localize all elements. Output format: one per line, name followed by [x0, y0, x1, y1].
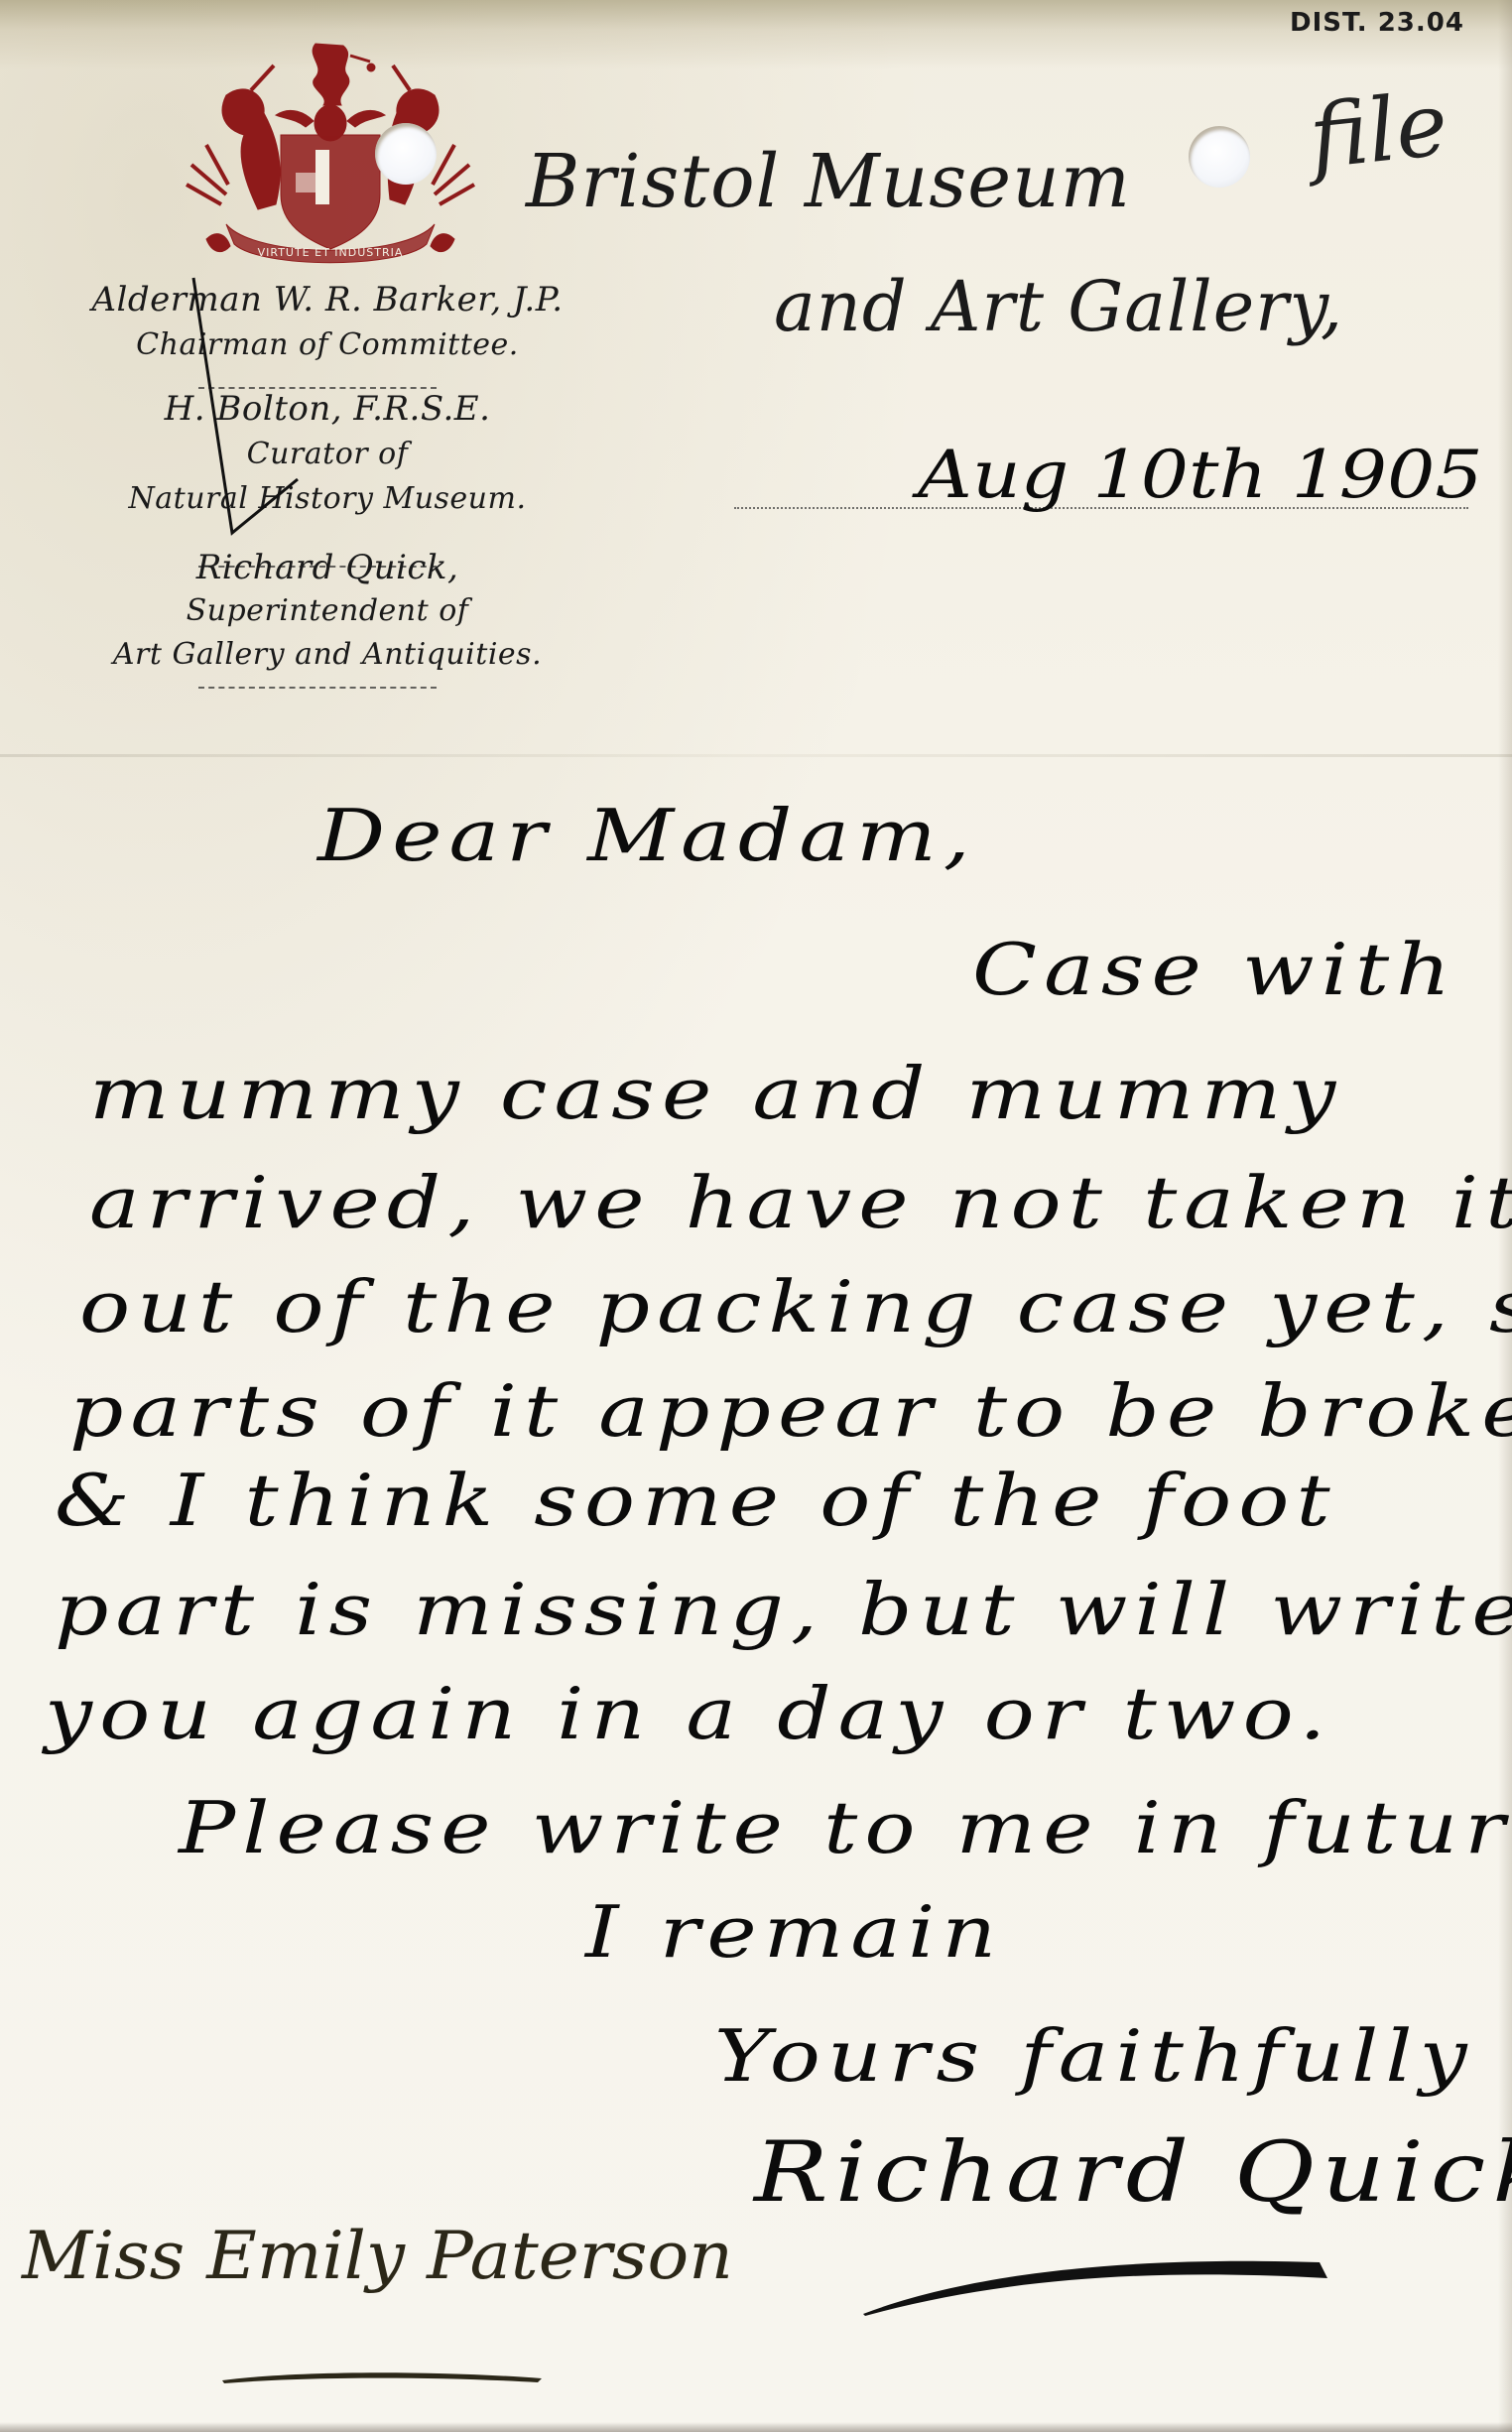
closing-line: I remain — [585, 1890, 1003, 1974]
addressee-underline — [218, 2367, 546, 2386]
officer-name: Richard Quick, — [40, 548, 615, 587]
letter-page: DIST. 23.04 file — [0, 0, 1512, 2432]
signature: Richard Quick. — [754, 2123, 1512, 2221]
signature-flourish — [853, 2252, 1349, 2322]
letterhead-divider — [198, 687, 437, 689]
body-line: & I think some of the foot — [55, 1459, 1337, 1542]
archive-reference: DIST. 23.04 — [1290, 8, 1464, 38]
addressee: Miss Emily Paterson — [22, 2218, 733, 2294]
institution-title-line1: Bristol Museum — [526, 139, 1131, 224]
officer-role-line2: Art Gallery and Antiquities. — [40, 637, 615, 672]
institution-title-line2: and Art Gallery, — [774, 266, 1343, 347]
crest-motto: VIRTUTE ET INDUSTRIA — [258, 246, 404, 259]
punch-hole-right — [1189, 126, 1250, 188]
body-line: arrived, we have not taken it — [89, 1161, 1512, 1244]
salutation: Dear Madam, — [317, 794, 977, 877]
body-line: part is missing, but will write — [55, 1568, 1512, 1651]
body-line: you again in a day or two. — [45, 1672, 1332, 1755]
check-mark-annotation — [189, 273, 337, 541]
file-annotation: file — [1305, 72, 1452, 189]
letter-date: Aug 10th 1905 — [918, 437, 1483, 513]
body-line: mummy case and mummy — [89, 1052, 1342, 1135]
body-line: parts of it appear to be broken, — [69, 1369, 1512, 1453]
body-line: Please write to me in future. — [179, 1786, 1512, 1869]
body-line: out of the packing case yet, some — [79, 1265, 1512, 1348]
paper-edge-shadow-bottom — [0, 2422, 1512, 2432]
paper-fold-line — [0, 754, 1512, 757]
body-line: Case with — [972, 928, 1457, 1011]
officer-role: Superintendent of — [40, 593, 615, 628]
closing-line: Yours faithfully — [714, 2014, 1474, 2098]
coat-of-arms-icon: VIRTUTE ET INDUSTRIA — [167, 36, 494, 264]
punch-hole-left — [375, 123, 437, 185]
